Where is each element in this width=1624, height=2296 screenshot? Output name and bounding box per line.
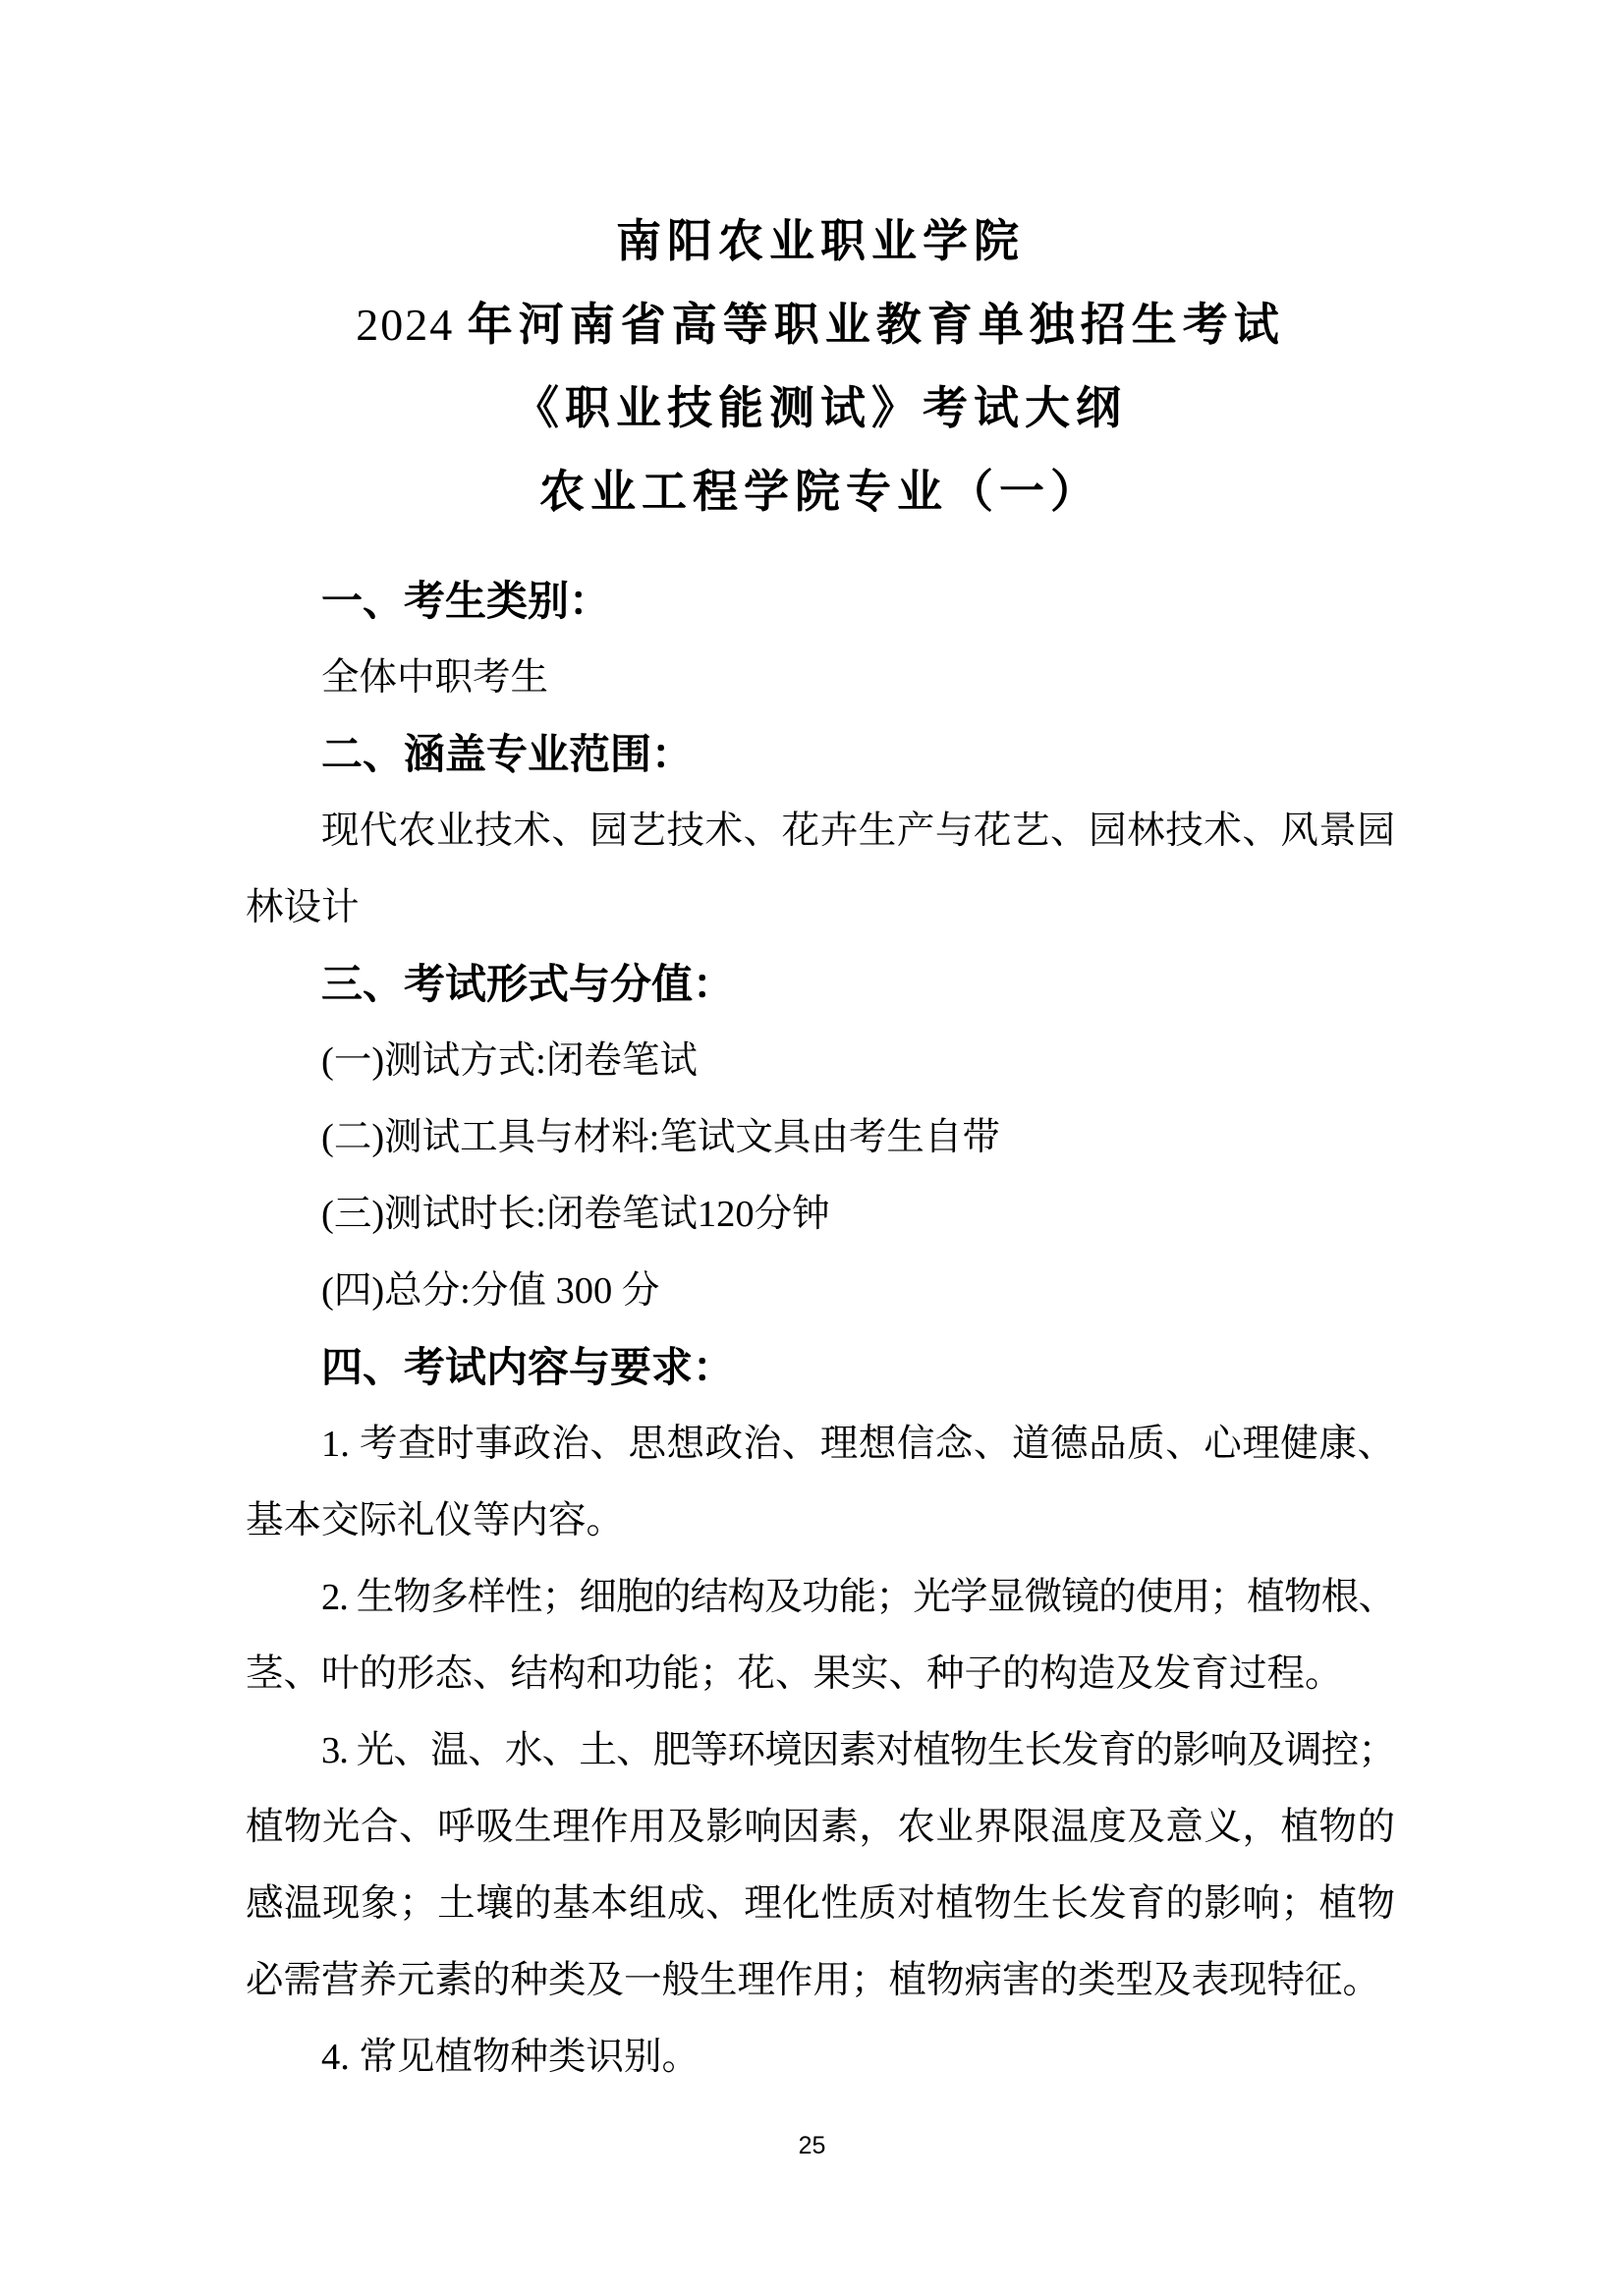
text-run: 茎、叶的形态、结构和功能；花、果实、种子的构造及发育过程。: [246, 1653, 1343, 1695]
title-block: 南阳农业职业学院2024 年河南省高等职业教育单独招生考试《职业技能测试》考试大…: [246, 199, 1395, 533]
title-line: 农业工程学院专业（一）: [246, 450, 1395, 533]
body-line: (四)总分:分值 300 分: [246, 1253, 1395, 1329]
title-line: 南阳农业职业学院: [246, 199, 1395, 283]
text-run: 一、考生类别：: [321, 578, 610, 624]
body-line: 4. 常见植物种类识别。: [246, 2019, 1395, 2096]
text-run: 2. 生物多样性；细胞的结构及功能；光学显微镜的使用；植物根、: [321, 1577, 1395, 1618]
document-page: 南阳农业职业学院2024 年河南省高等职业教育单独招生考试《职业技能测试》考试大…: [0, 0, 1624, 2296]
section-heading: 二、涵盖专业范围：: [246, 716, 1395, 793]
body-line: 茎、叶的形态、结构和功能；花、果实、种子的构造及发育过程。: [246, 1636, 1395, 1712]
text-run: 2024: [356, 300, 468, 350]
text-run: (四)总分:分值 300 分: [321, 1270, 659, 1312]
body-line: 1. 考查时事政治、思想政治、理想信念、道德品质、心理健康、: [246, 1406, 1395, 1483]
body-line: 3. 光、温、水、土、肥等环境因素对植物生长发育的影响及调控；: [246, 1712, 1395, 1789]
text-run: 四、考试内容与要求：: [321, 1344, 734, 1390]
text-run: 林设计: [246, 887, 360, 928]
section-heading: 一、考生类别：: [246, 563, 1395, 640]
text-run: 全体中职考生: [321, 657, 548, 699]
document-content: 南阳农业职业学院2024 年河南省高等职业教育单独招生考试《职业技能测试》考试大…: [246, 199, 1395, 2096]
body-line: 全体中职考生: [246, 640, 1395, 716]
text-run: 二、涵盖专业范围：: [321, 731, 693, 777]
text-run: (三)测试时长:闭卷笔试120分钟: [321, 1194, 830, 1235]
text-run: 基本交际礼仪等内容。: [246, 1500, 624, 1541]
text-run: 三、考试形式与分值：: [321, 961, 734, 1007]
section-heading: 三、考试形式与分值：: [246, 946, 1395, 1023]
body-line: (二)测试工具与材料:笔试文具由考生自带: [246, 1099, 1395, 1176]
page-number: 25: [0, 2130, 1624, 2161]
text-run: 《职业技能测试》考试大纲: [514, 382, 1127, 433]
section-heading: 四、考试内容与要求：: [246, 1329, 1395, 1406]
text-run: 3. 光、温、水、土、肥等环境因素对植物生长发育的影响及调控；: [321, 1730, 1395, 1771]
text-run: 年河南省高等职业教育单独招生考试: [468, 299, 1285, 350]
body-line: 2. 生物多样性；细胞的结构及功能；光学显微镜的使用；植物根、: [246, 1559, 1395, 1636]
body-line: (三)测试时长:闭卷笔试120分钟: [246, 1176, 1395, 1253]
body-line: 植物光合、呼吸生理作用及影响因素，农业界限温度及意义，植物的: [246, 1789, 1395, 1866]
body-line: 现代农业技术、园艺技术、花卉生产与花艺、园林技术、风景园: [246, 793, 1395, 869]
title-line: 2024 年河南省高等职业教育单独招生考试: [246, 283, 1395, 366]
body-line: 必需营养元素的种类及一般生理作用；植物病害的类型及表现特征。: [246, 1942, 1395, 2019]
text-run: 现代农业技术、园艺技术、花卉生产与花艺、园林技术、风景园: [321, 811, 1395, 852]
body-line: 感温现象；土壤的基本组成、理化性质对植物生长发育的影响；植物: [246, 1866, 1395, 1942]
text-run: 必需营养元素的种类及一般生理作用；植物病害的类型及表现特征。: [246, 1960, 1380, 2001]
text-run: 4. 常见植物种类识别。: [321, 2037, 700, 2078]
text-run: 1. 考查时事政治、思想政治、理想信念、道德品质、心理健康、: [321, 1424, 1395, 1465]
text-run: 感温现象；土壤的基本组成、理化性质对植物生长发育的影响；植物: [246, 1883, 1395, 1925]
body-line: (一)测试方式:闭卷笔试: [246, 1023, 1395, 1099]
text-run: (一)测试方式:闭卷笔试: [321, 1040, 698, 1082]
text-run: 南阳农业职业学院: [616, 215, 1025, 266]
body-line: 林设计: [246, 869, 1395, 946]
text-run: (二)测试工具与材料:笔试文具由考生自带: [321, 1117, 1000, 1158]
text-run: 植物光合、呼吸生理作用及影响因素，农业界限温度及意义，植物的: [246, 1807, 1395, 1848]
body-block: 一、考生类别：全体中职考生二、涵盖专业范围：现代农业技术、园艺技术、花卉生产与花…: [246, 563, 1395, 2096]
text-run: 农业工程学院专业（一）: [539, 466, 1101, 517]
title-line: 《职业技能测试》考试大纲: [246, 366, 1395, 450]
body-line: 基本交际礼仪等内容。: [246, 1483, 1395, 1559]
